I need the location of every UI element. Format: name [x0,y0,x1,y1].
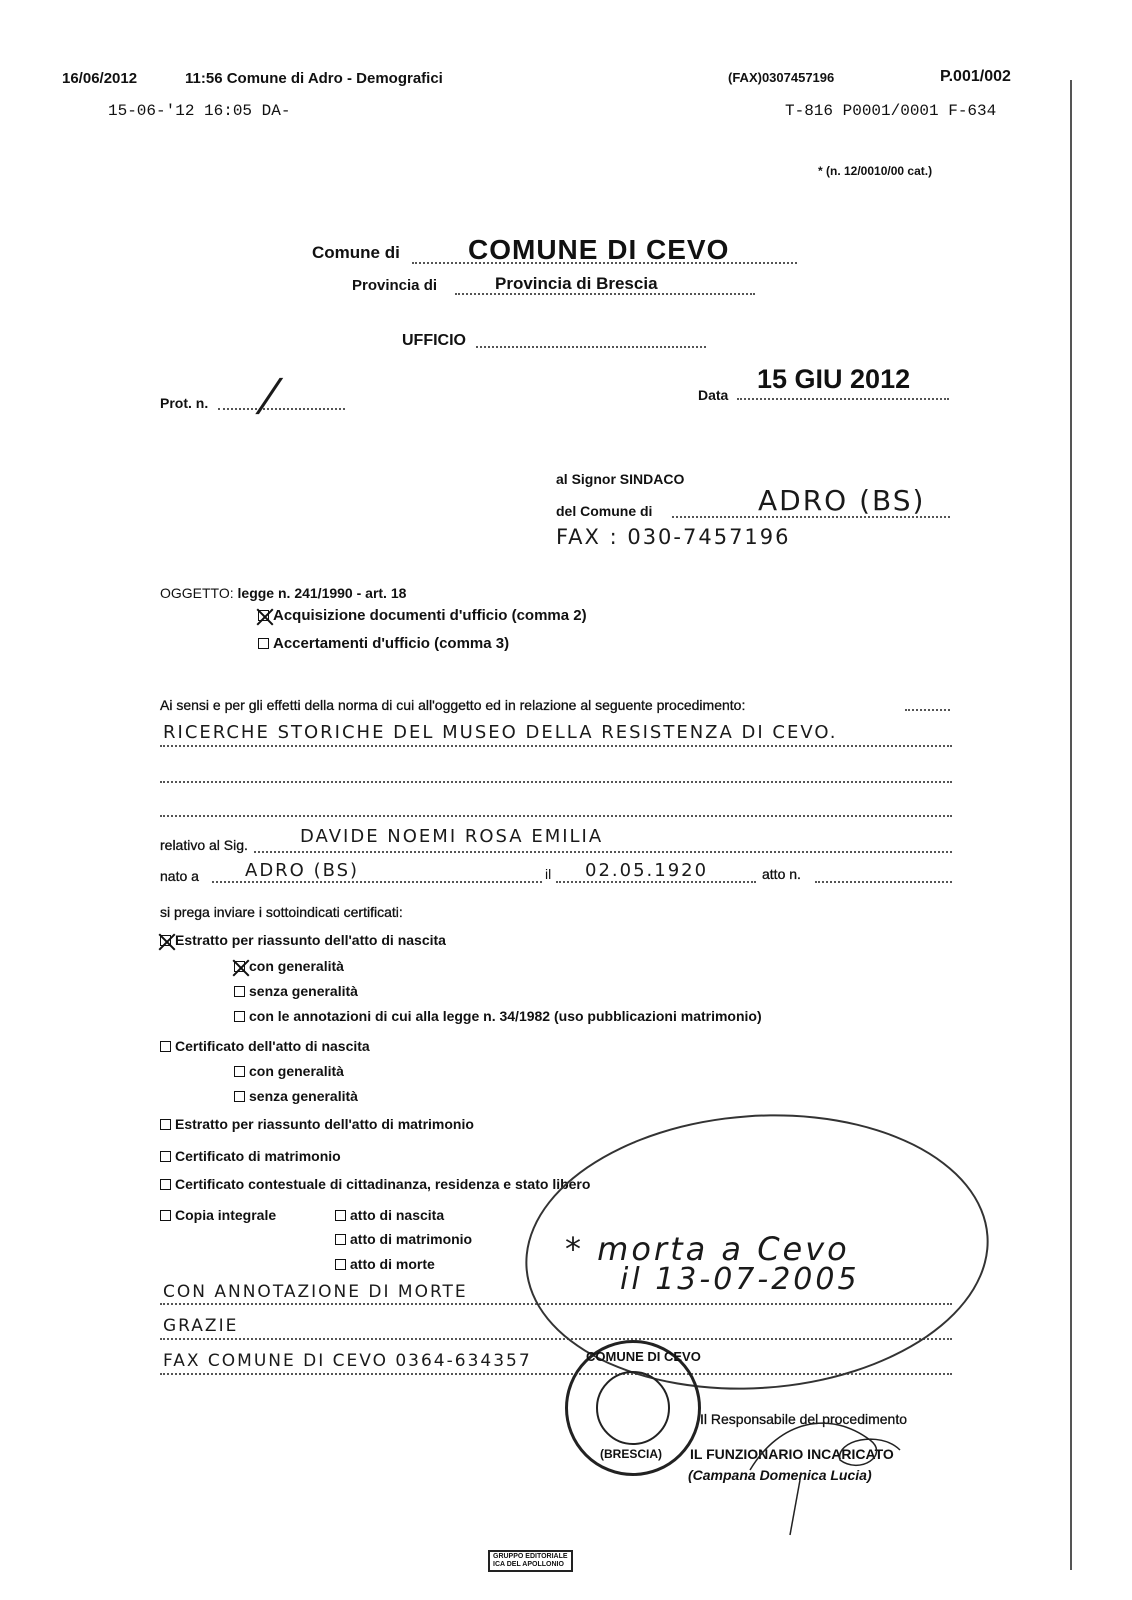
recipient-line1: al Signor SINDACO [556,471,684,487]
checkbox[interactable] [234,1011,245,1022]
transmission-ref: T-816 P0001/0001 F-634 [785,102,996,120]
stamp-crest-icon [596,1371,670,1445]
certificate-item[interactable]: senza generalità [234,983,358,999]
procedure-value: RICERCHE STORICHE DEL MUSEO DELLA RESIST… [163,722,838,743]
procedure-intro: Ai sensi e per gli effetti della norma d… [160,697,745,713]
fax-time-sender: 11:56 Comune di Adro - Demografici [185,70,443,87]
item-label: Certificato di matrimonio [175,1148,341,1164]
comune-value: COMUNE DI CEVO [468,234,729,266]
checkbox[interactable] [160,1041,171,1052]
recipient-comune: ADRO (BS) [758,484,925,517]
protocol-label: Prot. n. [160,395,208,411]
checkbox[interactable] [160,1151,171,1162]
certificate-item[interactable]: Certificato contestuale di cittadinanza,… [160,1176,590,1192]
checkbox[interactable] [335,1210,346,1221]
checkbox[interactable] [160,1210,171,1221]
born-label: nato a [160,868,199,884]
option-label: Accertamenti d'ufficio (comma 3) [273,635,509,652]
checkbox[interactable] [234,1091,245,1102]
certificate-item[interactable]: Estratto per riassunto dell'atto di matr… [160,1116,474,1132]
notes-line2: GRAZIE [163,1316,238,1336]
item-label: atto di morte [350,1256,435,1272]
certificate-item[interactable]: atto di matrimonio [335,1231,472,1247]
born-date: 02.05.1920 [585,860,708,881]
fax-number: (FAX)0307457196 [728,70,834,85]
protocol-value: / [253,370,288,421]
item-label: senza generalità [249,1088,358,1104]
fax-date: 16/06/2012 [62,70,137,87]
item-label: con generalità [249,1063,344,1079]
certificate-item[interactable]: con le annotazioni di cui alla legge n. … [234,1008,762,1024]
procedure-line-1 [160,745,952,747]
ufficio-dots [476,346,706,348]
checkbox[interactable] [160,1119,171,1130]
checkbox[interactable] [335,1259,346,1270]
item-label: Copia integrale [175,1207,276,1223]
item-label: atto di matrimonio [350,1231,472,1247]
item-label: senza generalità [249,983,358,999]
item-label: Certificato dell'atto di nascita [175,1038,370,1054]
comune-label: Comune di [312,243,400,263]
certificate-item[interactable]: atto di morte [335,1256,435,1272]
person-label: relativo al Sig. [160,837,248,853]
subject-option-2[interactable]: Accertamenti d'ufficio (comma 3) [258,635,509,652]
procedure-intro-dots [905,709,950,711]
stamp-text-top: COMUNE DI CEVO [586,1349,701,1364]
act-dots [815,881,952,883]
ufficio-label: UFFICIO [402,332,466,350]
person-name: DAVIDE NOEMI ROSA EMILIA [300,826,603,847]
certificate-item[interactable]: Certificato di matrimonio [160,1148,341,1164]
notes-line3: FAX COMUNE DI CEVO 0364-634357 [163,1351,532,1371]
checkbox[interactable] [234,986,245,997]
checkbox[interactable] [258,638,269,649]
certificate-item[interactable]: Copia integrale [160,1207,276,1223]
checkbox[interactable] [335,1234,346,1245]
certificate-item[interactable]: senza generalità [234,1088,358,1104]
provincia-label: Provincia di [352,277,437,294]
recipient-line2-label: del Comune di [556,503,652,519]
printer-mark: GRUPPO EDITORIALE ICA DEL APOLLONIO [488,1550,573,1572]
date-value: 15 GIU 2012 [757,364,910,395]
subject-option-1[interactable]: Acquisizione documenti d'ufficio (comma … [258,607,587,624]
signature-scribble-icon [740,1400,920,1540]
printer-mark-line2: ICA DEL APOLLONIO [493,1561,568,1569]
certificate-item[interactable]: con generalità [234,1063,344,1079]
option-label: Acquisizione documenti d'ufficio (comma … [273,607,587,624]
checkbox-checked[interactable] [234,961,245,972]
page-edge-line [1070,80,1072,1570]
item-label: Estratto per riassunto dell'atto di matr… [175,1116,474,1132]
printer-mark-line1: GRUPPO EDITORIALE [493,1553,568,1561]
certificate-item[interactable]: con generalità [234,958,344,974]
item-label: Certificato contestuale di cittadinanza,… [175,1176,590,1192]
recipient-fax: FAX : 030-7457196 [556,525,791,549]
certificate-item[interactable]: Certificato dell'atto di nascita [160,1038,370,1054]
date-label: Data [698,387,728,403]
protocol-dots [218,408,345,410]
procedure-line-3 [160,815,952,817]
subject-label-text: OGGETTO: [160,585,234,601]
procedure-line-2 [160,781,952,783]
checkbox[interactable] [234,1066,245,1077]
stamp-text-bottom: (BRESCIA) [600,1447,662,1461]
certificates-intro: si prega inviare i sottoindicati certifi… [160,904,403,920]
item-label: atto di nascita [350,1207,444,1223]
born-on-label: il [545,866,551,882]
certificate-item[interactable]: atto di nascita [335,1207,444,1223]
annotation-line2: il 13-07-2005 [620,1262,860,1297]
item-label: con le annotazioni di cui alla legge n. … [249,1008,762,1024]
person-dots [254,851,952,853]
subject-law: legge n. 241/1990 - art. 18 [238,585,407,601]
item-label: con generalità [249,958,344,974]
checkbox-checked[interactable] [258,610,269,621]
born-place: ADRO (BS) [245,860,359,881]
checkbox[interactable] [160,1179,171,1190]
form-code: * (n. 12/0010/00 cat.) [818,164,932,178]
born-place-dots [212,881,542,883]
provincia-value: Provincia di Brescia [495,274,658,294]
item-label: Estratto per riassunto dell'atto di nasc… [175,932,446,948]
born-date-dots [556,881,756,883]
notes-line1: CON ANNOTAZIONE DI MORTE [163,1282,468,1302]
certificate-item[interactable]: Estratto per riassunto dell'atto di nasc… [160,932,446,948]
act-label: atto n. [762,866,801,882]
subject-label: OGGETTO: legge n. 241/1990 - art. 18 [160,585,406,601]
fax-page: P.001/002 [940,68,1011,86]
transmission-line: 15-06-'12 16:05 DA- [108,102,290,120]
checkbox-checked[interactable] [160,935,171,946]
date-dots [737,398,949,400]
official-stamp: COMUNE DI CEVO (BRESCIA) [565,1340,701,1476]
